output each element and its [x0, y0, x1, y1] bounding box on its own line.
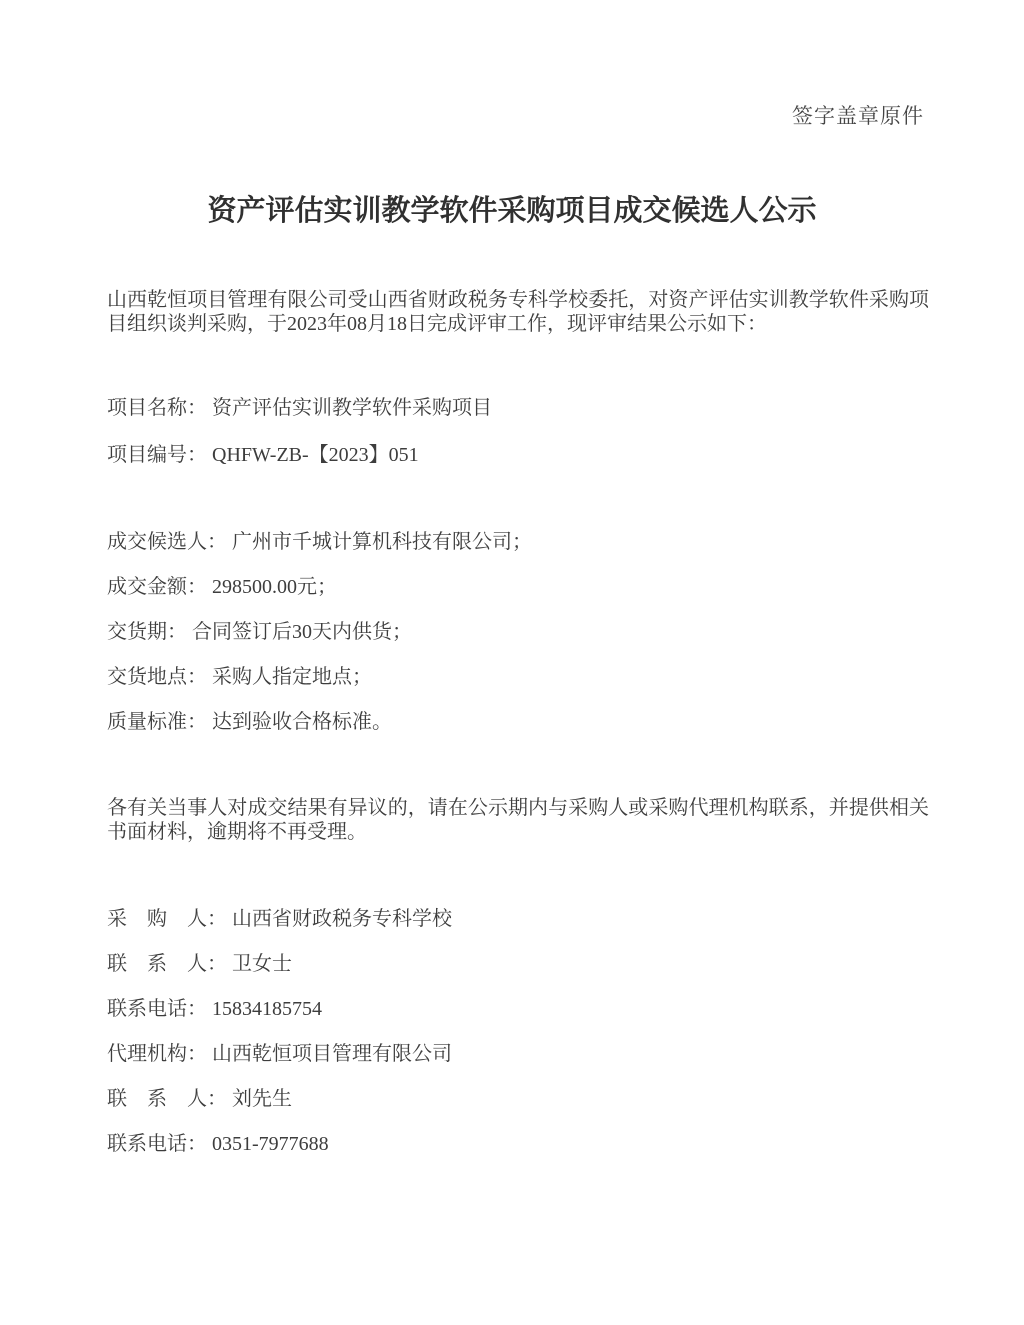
delivery-period-label: 交货期： — [107, 621, 187, 643]
agency-label: 代理机构： — [107, 1043, 207, 1065]
purchaser-value: 山西省财政税务专科学校 — [232, 908, 452, 930]
quality-standard-value: 达到验收合格标准。 — [212, 711, 392, 733]
award-amount-line: 成交金额：298500.00元； — [107, 576, 532, 598]
project-info-section: 项目名称：资产评估实训教学软件采购项目 项目编号：QHFW-ZB-【2023】0… — [107, 397, 492, 466]
agency-contact-line: 联 系 人：刘先生 — [107, 1088, 452, 1110]
award-amount-label: 成交金额： — [107, 576, 207, 598]
delivery-period-value: 合同签订后30天内供货； — [192, 621, 412, 643]
delivery-period-line: 交货期：合同签订后30天内供货； — [107, 621, 532, 643]
agency-contact-value: 刘先生 — [232, 1088, 292, 1110]
corner-note: 签字盖章原件 — [792, 104, 924, 128]
purchaser-phone-value: 15834185754 — [212, 998, 322, 1020]
purchaser-contact-value: 卫女士 — [232, 953, 292, 975]
project-name-label: 项目名称： — [107, 397, 207, 419]
project-number-value: QHFW-ZB-【2023】051 — [212, 444, 419, 466]
agency-phone-line: 联系电话：0351-7977688 — [107, 1133, 452, 1155]
agency-phone-value: 0351-7977688 — [212, 1133, 329, 1155]
project-number-line: 项目编号：QHFW-ZB-【2023】051 — [107, 444, 492, 466]
agency-line: 代理机构：山西乾恒项目管理有限公司 — [107, 1043, 452, 1065]
project-name-value: 资产评估实训教学软件采购项目 — [212, 397, 492, 419]
purchaser-phone-line: 联系电话：15834185754 — [107, 998, 452, 1020]
purchaser-label: 采 购 人： — [107, 908, 227, 930]
agency-value: 山西乾恒项目管理有限公司 — [212, 1043, 452, 1065]
intro-paragraph: 山西乾恒项目管理有限公司受山西省财政税务专科学校委托，对资产评估实训教学软件采购… — [107, 288, 929, 336]
agency-contact-label: 联 系 人： — [107, 1088, 227, 1110]
document-page: 签字盖章原件 资产评估实训教学软件采购项目成交候选人公示 山西乾恒项目管理有限公… — [0, 0, 1024, 1325]
purchaser-line: 采 购 人：山西省财政税务专科学校 — [107, 908, 452, 930]
winning-candidate-line: 成交候选人：广州市千城计算机科技有限公司； — [107, 531, 532, 553]
delivery-place-label: 交货地点： — [107, 666, 207, 688]
award-info-section: 成交候选人：广州市千城计算机科技有限公司； 成交金额：298500.00元； 交… — [107, 531, 532, 733]
award-amount-value: 298500.00元； — [212, 576, 337, 598]
contact-info-section: 采 购 人：山西省财政税务专科学校 联 系 人：卫女士 联系电话：1583418… — [107, 908, 452, 1155]
winning-candidate-value: 广州市千城计算机科技有限公司； — [232, 531, 532, 553]
delivery-place-line: 交货地点：采购人指定地点； — [107, 666, 532, 688]
quality-standard-line: 质量标准：达到验收合格标准。 — [107, 711, 532, 733]
delivery-place-value: 采购人指定地点； — [212, 666, 372, 688]
winning-candidate-label: 成交候选人： — [107, 531, 227, 553]
purchaser-contact-label: 联 系 人： — [107, 953, 227, 975]
agency-phone-label: 联系电话： — [107, 1133, 207, 1155]
project-name-line: 项目名称：资产评估实训教学软件采购项目 — [107, 397, 492, 419]
purchaser-contact-line: 联 系 人：卫女士 — [107, 953, 452, 975]
objection-paragraph: 各有关当事人对成交结果有异议的，请在公示期内与采购人或采购代理机构联系，并提供相… — [107, 796, 929, 844]
document-title: 资产评估实训教学软件采购项目成交候选人公示 — [0, 188, 1024, 229]
quality-standard-label: 质量标准： — [107, 711, 207, 733]
purchaser-phone-label: 联系电话： — [107, 998, 207, 1020]
project-number-label: 项目编号： — [107, 444, 207, 466]
